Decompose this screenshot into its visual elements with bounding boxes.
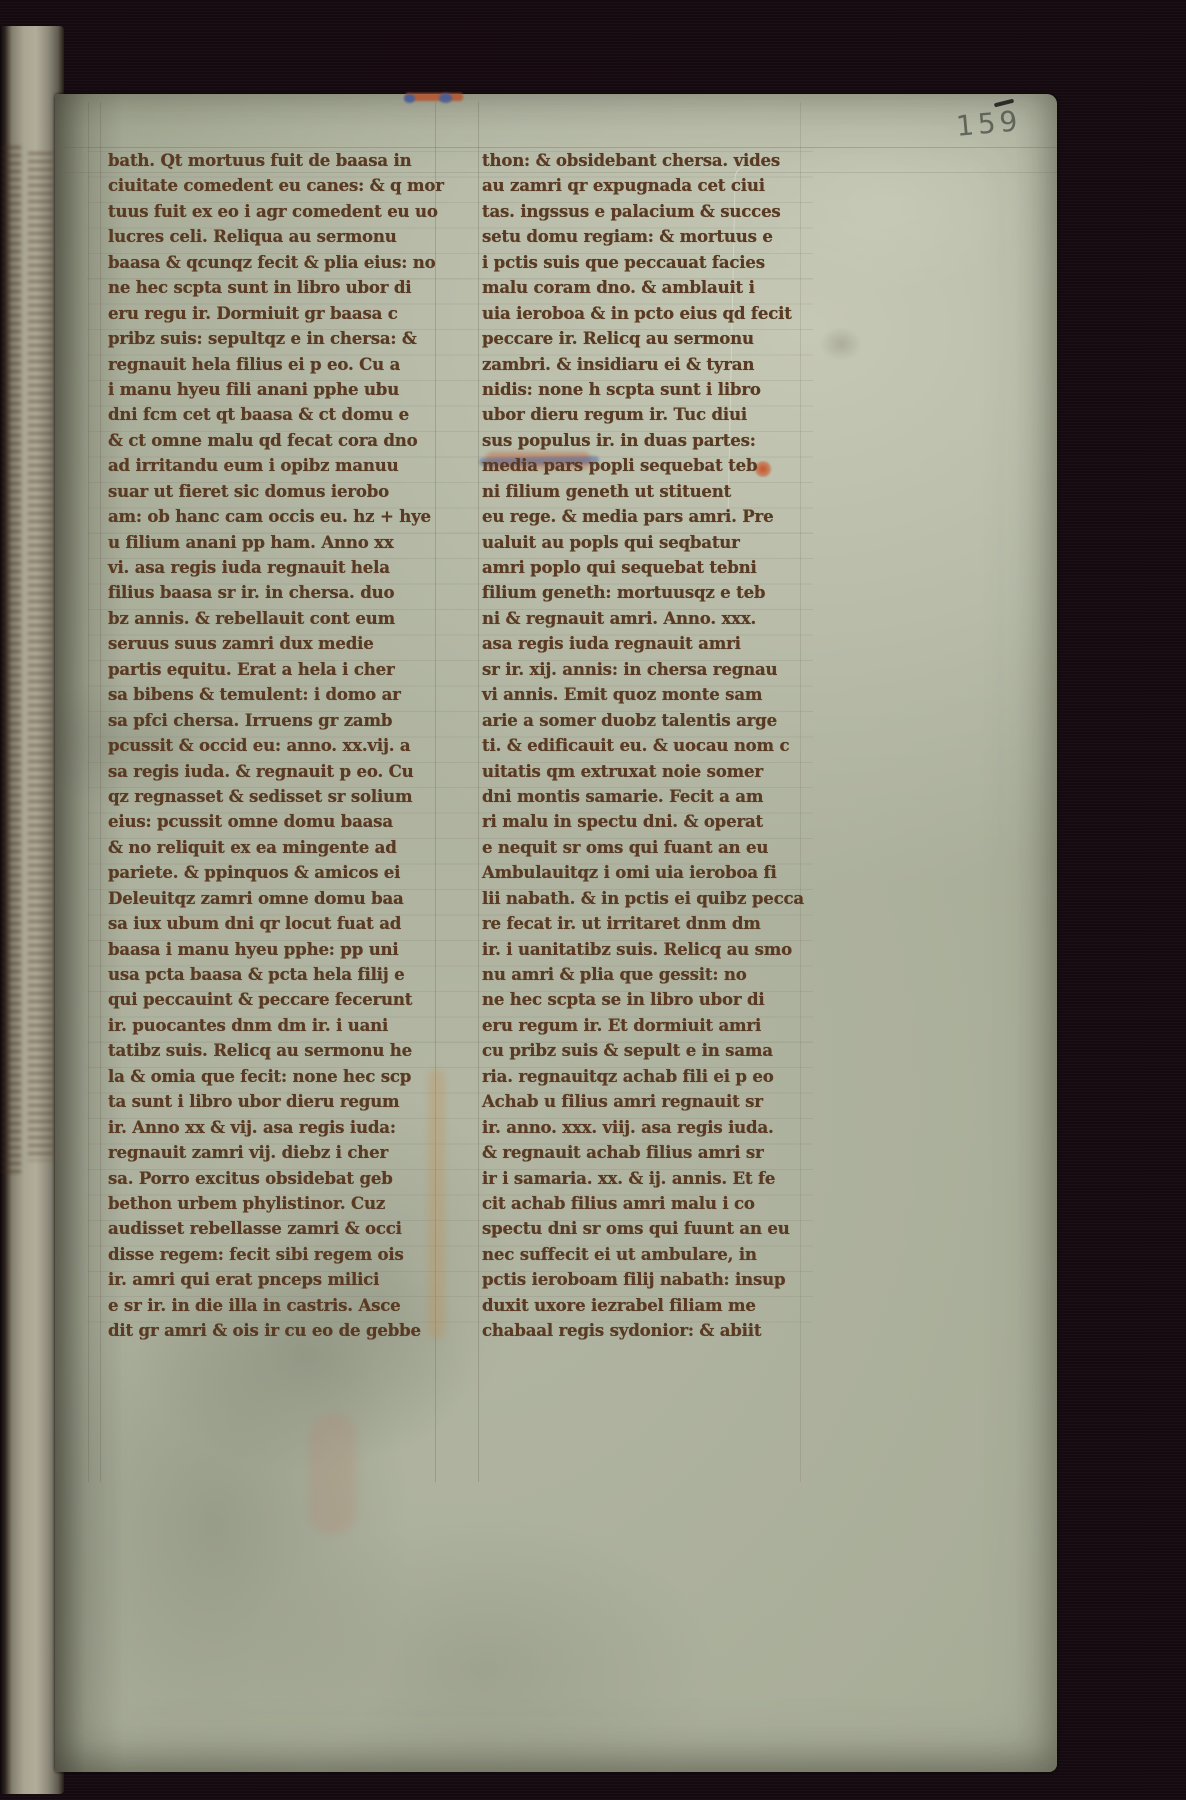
manuscript-text-line: audisset rebellasse zamri & occi: [108, 1216, 444, 1241]
manuscript-text-line: am: ob hanc cam occis eu. hz + hye: [108, 504, 444, 529]
manuscript-text-line: filius baasa sr ir. in chersa. duo: [108, 580, 444, 605]
manuscript-text-line: tatibz suis. Relicq au sermonu he: [108, 1038, 444, 1063]
manuscript-text-line: & regnauit achab filius amri sr: [482, 1140, 804, 1165]
manuscript-text-line: amri poplo qui sequebat tebni: [482, 555, 804, 580]
manuscript-text-line: regnauit hela filius ei p eo. Cu a: [108, 352, 444, 377]
manuscript-text-line: ciuitate comedent eu canes: & q mor: [108, 173, 444, 198]
manuscript-text-line: re fecat ir. ut irritaret dnm dm: [482, 911, 804, 936]
folio-number: 159: [955, 104, 1023, 143]
manuscript-text-line: nidis: none h scpta sunt i libro: [482, 377, 804, 402]
manuscript-text-line: e nequit sr oms qui fuant an eu: [482, 835, 804, 860]
manuscript-text-line: bethon urbem phylistinor. Cuz: [108, 1191, 444, 1216]
ruling-line: [100, 102, 101, 1482]
manuscript-text-line: Deleuitqz zamri omne domu baa: [108, 886, 444, 911]
manuscript-page: 159 bath. Qt mortuus fuit de baasa inciu…: [55, 94, 1057, 1772]
manuscript-text-line: nu amri & plia que gessit: no: [482, 962, 804, 987]
manuscript-text-line: sr ir. xij. annis: in chersa regnau: [482, 657, 804, 682]
manuscript-text-line: partis equitu. Erat a hela i cher: [108, 657, 444, 682]
manuscript-text-line: setu domu regiam: & mortuus e: [482, 224, 804, 249]
manuscript-text-line: pctis ieroboam filij nabath: insup: [482, 1267, 804, 1292]
manuscript-text-line: lucres celi. Reliqua au sermonu: [108, 224, 444, 249]
manuscript-text-line: uitatis qm extruxat noie somer: [482, 759, 804, 784]
manuscript-text-line: ir. anno. xxx. viij. asa regis iuda.: [482, 1115, 804, 1140]
trimmed-blue-pigment-mark: [439, 93, 452, 103]
manuscript-text-line: sus populus ir. in duas partes:: [482, 428, 804, 453]
manuscript-text-line: dni montis samarie. Fecit a am: [482, 784, 804, 809]
ruling-line: [478, 102, 479, 1482]
ghost-text-column: [2, 146, 21, 1176]
manuscript-text-line: pcussit & occid eu: anno. xx.vij. a: [108, 733, 444, 758]
manuscript-text-line: sa. Porro excitus obsidebat geb: [108, 1166, 444, 1191]
manuscript-text-line: spectu dni sr oms qui fuunt an eu: [482, 1216, 804, 1241]
manuscript-text-line: u filium anani pp ham. Anno xx: [108, 530, 444, 555]
manuscript-text-line: ir. i uanitatibz suis. Relicq au smo: [482, 937, 804, 962]
manuscript-text-line: ir. Anno xx & vij. asa regis iuda:: [108, 1115, 444, 1140]
manuscript-text-line: ir. puocantes dnm dm ir. i uani: [108, 1013, 444, 1038]
manuscript-text-line: dit gr amri & ois ir cu eo de gebbe: [108, 1318, 444, 1343]
manuscript-text-line: ti. & edificauit eu. & uocau nom c: [482, 733, 804, 758]
manuscript-text-line: suar ut fieret sic domus ierobo: [108, 479, 444, 504]
manuscript-text-line: ri malu in spectu dni. & operat: [482, 809, 804, 834]
manuscript-text-line: tas. ingssus e palacium & succes: [482, 199, 804, 224]
manuscript-text-line: vi. asa regis iuda regnauit hela: [108, 555, 444, 580]
manuscript-text-line: ne hec scpta sunt in libro ubor di: [108, 275, 444, 300]
manuscript-text-line: eru regu ir. Dormiuit gr baasa c: [108, 301, 444, 326]
manuscript-text-line: ubor dieru regum ir. Tuc diui: [482, 402, 804, 427]
manuscript-text-line: lii nabath. & in pctis ei quibz pecca: [482, 886, 804, 911]
manuscript-text-line: eu rege. & media pars amri. Pre: [482, 504, 804, 529]
manuscript-text-line: ni & regnauit amri. Anno. xxx.: [482, 606, 804, 631]
manuscript-text-line: peccare ir. Relicq au sermonu: [482, 326, 804, 351]
manuscript-text-line: & ct omne malu qd fecat cora dno: [108, 428, 444, 453]
manuscript-text-line: ni filium geneth ut stituent: [482, 479, 804, 504]
manuscript-text-line: baasa i manu hyeu pphe: pp uni: [108, 937, 444, 962]
manuscript-text-line: ir i samaria. xx. & ij. annis. Et fe: [482, 1166, 804, 1191]
manuscript-text-line: ria. regnauitqz achab fili ei p eo: [482, 1064, 804, 1089]
manuscript-text-line: media pars popli sequebat teb: [482, 453, 804, 478]
ruling-line: [88, 102, 89, 1482]
manuscript-text-line: sa regis iuda. & regnauit p eo. Cu: [108, 759, 444, 784]
ghost-text-column: [28, 152, 53, 1161]
manuscript-text-line: e sr ir. in die illa in castris. Asce: [108, 1293, 444, 1318]
manuscript-text-line: & no reliquit ex ea mingente ad: [108, 835, 444, 860]
manuscript-text-line: duxit uxore iezrabel filiam me: [482, 1293, 804, 1318]
manuscript-text-line: sa bibens & temulent: i domo ar: [108, 682, 444, 707]
manuscript-text-line: regnauit zamri vij. diebz i cher: [108, 1140, 444, 1165]
text-column-right: thon: & obsidebant chersa. videsau zamri…: [482, 148, 804, 1344]
manuscript-photo: 159 bath. Qt mortuus fuit de baasa inciu…: [0, 0, 1186, 1800]
manuscript-text-line: nec suffecit ei ut ambulare, in: [482, 1242, 804, 1267]
manuscript-text-line: usa pcta baasa & pcta hela filij e: [108, 962, 444, 987]
manuscript-text-line: tuus fuit ex eo i agr comedent eu uo: [108, 199, 444, 224]
manuscript-text-line: asa regis iuda regnauit amri: [482, 631, 804, 656]
manuscript-text-line: bz annis. & rebellauit cont eum: [108, 606, 444, 631]
manuscript-text-line: eru regum ir. Et dormiuit amri: [482, 1013, 804, 1038]
manuscript-text-line: sa iux ubum dni qr locut fuat ad: [108, 911, 444, 936]
manuscript-text-line: malu coram dno. & amblauit i: [482, 275, 804, 300]
text-column-left: bath. Qt mortuus fuit de baasa inciuitat…: [108, 148, 444, 1344]
manuscript-text-line: ualuit au popls qui seqbatur: [482, 530, 804, 555]
manuscript-text-line: i manu hyeu fili anani pphe ubu: [108, 377, 444, 402]
manuscript-text-line: disse regem: fecit sibi regem ois: [108, 1242, 444, 1267]
manuscript-text-line: vi annis. Emit quoz monte sam: [482, 682, 804, 707]
manuscript-text-line: eius: pcussit omne domu baasa: [108, 809, 444, 834]
manuscript-text-line: thon: & obsidebant chersa. vides: [482, 148, 804, 173]
manuscript-text-line: arie a somer duobz talentis arge: [482, 708, 804, 733]
manuscript-text-line: uia ieroboa & in pcto eius qd fecit: [482, 301, 804, 326]
manuscript-text-line: zambri. & insidiaru ei & tyran: [482, 352, 804, 377]
manuscript-text-line: filium geneth: mortuusqz e teb: [482, 580, 804, 605]
manuscript-text-line: i pctis suis que peccauat facies: [482, 250, 804, 275]
manuscript-text-line: chabaal regis sydonior: & abiit: [482, 1318, 804, 1343]
manuscript-text-line: pariete. & ppinquos & amicos ei: [108, 860, 444, 885]
manuscript-text-line: Ambulauitqz i omi uia ieroboa fi: [482, 860, 804, 885]
manuscript-text-line: au zamri qr expugnada cet ciui: [482, 173, 804, 198]
pink-pigment-streak: [310, 1414, 356, 1534]
manuscript-text-line: ne hec scpta se in libro ubor di: [482, 987, 804, 1012]
manuscript-text-line: ta sunt i libro ubor dieru regum: [108, 1089, 444, 1114]
trimmed-blue-pigment-mark: [404, 94, 415, 103]
manuscript-text-line: ir. amri qui erat pnceps milici: [108, 1267, 444, 1292]
manuscript-text-line: ad irritandu eum i opibz manuu: [108, 453, 444, 478]
manuscript-text-line: dni fcm cet qt baasa & ct domu e: [108, 402, 444, 427]
manuscript-text-line: qz regnasset & sedisset sr solium: [108, 784, 444, 809]
manuscript-text-line: la & omia que fecit: none hec scp: [108, 1064, 444, 1089]
manuscript-text-line: seruus suus zamri dux medie: [108, 631, 444, 656]
manuscript-text-line: sa pfci chersa. Irruens gr zamb: [108, 708, 444, 733]
manuscript-text-line: bath. Qt mortuus fuit de baasa in: [108, 148, 444, 173]
manuscript-text-line: cit achab filius amri malu i co: [482, 1191, 804, 1216]
manuscript-text-line: Achab u filius amri regnauit sr: [482, 1089, 804, 1114]
manuscript-text-line: cu pribz suis & sepult e in sama: [482, 1038, 804, 1063]
manuscript-text-line: qui peccauint & peccare fecerunt: [108, 987, 444, 1012]
manuscript-text-line: pribz suis: sepultqz e in chersa: &: [108, 326, 444, 351]
manuscript-text-line: baasa & qcunqz fecit & plia eius: no: [108, 250, 444, 275]
facing-page-ghost-text: [2, 146, 56, 1176]
